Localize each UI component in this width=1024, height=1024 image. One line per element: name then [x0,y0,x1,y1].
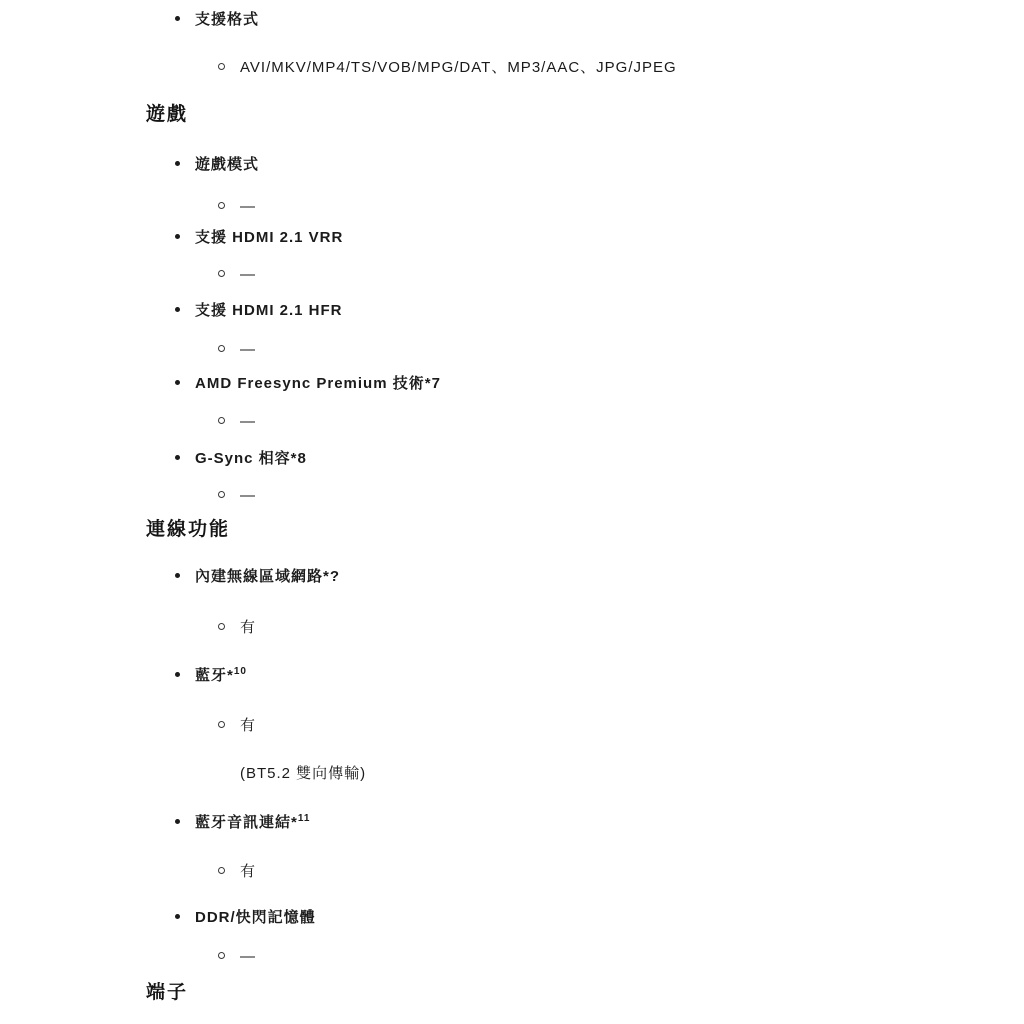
spec-item-value-row: — [218,411,256,433]
spec-item-value: — [240,266,256,283]
spec-item-label: G-Sync 相容*8 [195,450,307,467]
spec-item-value-row: — [218,339,256,361]
footnote-superscript: 11 [298,813,311,824]
spec-item-value-row: 有 [218,617,256,639]
spec-item-value: — [240,198,256,215]
spec-item-label: 內建無線區域網路*? [195,568,340,585]
spec-item-value: — [240,341,256,358]
spec-item-supported-formats: 支援格式 [175,9,259,31]
spec-item-label: 支援 HDMI 2.1 HFR [195,302,343,319]
circle-bullet-icon [218,270,225,277]
circle-bullet-icon [218,491,225,498]
bullet-icon [175,307,180,312]
spec-note-text: (BT5.2 雙向傳輸) [240,765,366,782]
spec-item-value: 有 [240,619,256,636]
circle-bullet-icon [218,952,225,959]
bullet-icon [175,672,180,677]
spec-item-builtin-wlan: 內建無線區域網路*? [175,566,340,588]
spec-item-label: 藍牙音訊連結* [195,814,298,831]
bullet-icon [175,819,180,824]
spec-item-value-row: — [218,196,256,218]
spec-item-game-mode: 遊戲模式 [175,154,259,176]
bullet-icon [175,16,180,21]
bullet-icon [175,914,180,919]
spec-item-value: — [240,487,256,504]
spec-item-value-row: AVI/MKV/MP4/TS/VOB/MPG/DAT、MP3/AAC、JPG/J… [218,57,677,79]
spec-item-value: 有 [240,863,256,880]
spec-item-gsync: G-Sync 相容*8 [175,448,307,470]
spec-item-label: 遊戲模式 [195,156,259,173]
bullet-icon [175,161,180,166]
spec-item-label: 支援格式 [195,11,259,28]
circle-bullet-icon [218,63,225,70]
spec-item-label: DDR/快閃記憶體 [195,909,316,926]
spec-item-label: 藍牙* [195,667,234,684]
spec-document-page: 支援格式 AVI/MKV/MP4/TS/VOB/MPG/DAT、MP3/AAC、… [0,0,1024,1024]
bullet-icon [175,573,180,578]
spec-item-bluetooth: 藍牙*10 [175,665,247,687]
circle-bullet-icon [218,417,225,424]
circle-bullet-icon [218,623,225,630]
circle-bullet-icon [218,867,225,874]
footnote-superscript: 10 [234,666,247,677]
spec-item-label: 支援 HDMI 2.1 VRR [195,229,343,246]
spec-item-value-row: 有 [218,861,256,883]
spec-item-note: (BT5.2 雙向傳輸) [240,763,366,785]
spec-item-value: 有 [240,717,256,734]
spec-item-value: — [240,413,256,430]
circle-bullet-icon [218,202,225,209]
spec-item-amd-freesync: AMD Freesync Premium 技術*7 [175,373,441,395]
spec-item-ddr-flash-memory: DDR/快閃記憶體 [175,907,316,929]
spec-item-value-row: — [218,264,256,286]
spec-item-value: AVI/MKV/MP4/TS/VOB/MPG/DAT、MP3/AAC、JPG/J… [240,59,677,76]
spec-item-hdmi21-vrr: 支援 HDMI 2.1 VRR [175,227,343,249]
spec-item-hdmi21-hfr: 支援 HDMI 2.1 HFR [175,300,343,322]
section-heading-games: 遊戲 [146,102,188,128]
section-heading-terminals: 端子 [146,980,188,1006]
section-heading-connectivity: 連線功能 [146,517,230,543]
spec-item-value-row: — [218,946,256,968]
bullet-icon [175,380,180,385]
spec-item-label: AMD Freesync Premium 技術*7 [195,375,441,392]
spec-item-value: — [240,948,256,965]
circle-bullet-icon [218,721,225,728]
spec-item-bluetooth-audio-link: 藍牙音訊連結*11 [175,812,310,834]
spec-item-value-row: 有 [218,715,256,737]
spec-item-value-row: — [218,485,256,507]
circle-bullet-icon [218,345,225,352]
bullet-icon [175,455,180,460]
bullet-icon [175,234,180,239]
